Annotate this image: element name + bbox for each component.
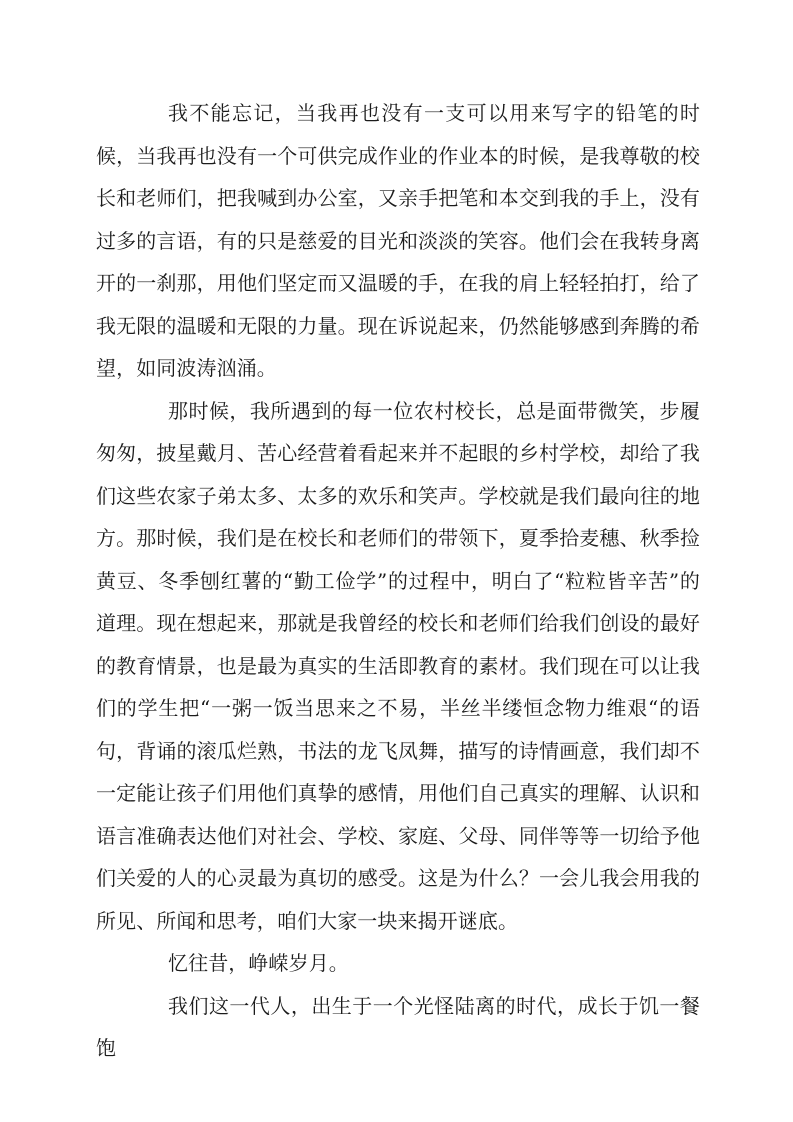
paragraph-4: 我们这一代人，出生于一个光怪陆离的时代，成长于饥一餐饱	[96, 985, 700, 1070]
paragraph-3: 忆往昔，峥嵘岁月。	[96, 942, 700, 985]
document-page: 我不能忘记，当我再也没有一支可以用来写字的铅笔的时候，当我再也没有一个可供完成作…	[0, 0, 793, 1122]
paragraph-2: 那时候，我所遇到的每一位农村校长，总是面带微笑，步履匆匆，披星戴月、苦心经营着看…	[96, 390, 700, 943]
paragraph-1: 我不能忘记，当我再也没有一支可以用来写字的铅笔的时候，当我再也没有一个可供完成作…	[96, 92, 700, 390]
document-body: 我不能忘记，当我再也没有一支可以用来写字的铅笔的时候，当我再也没有一个可供完成作…	[96, 92, 700, 1070]
